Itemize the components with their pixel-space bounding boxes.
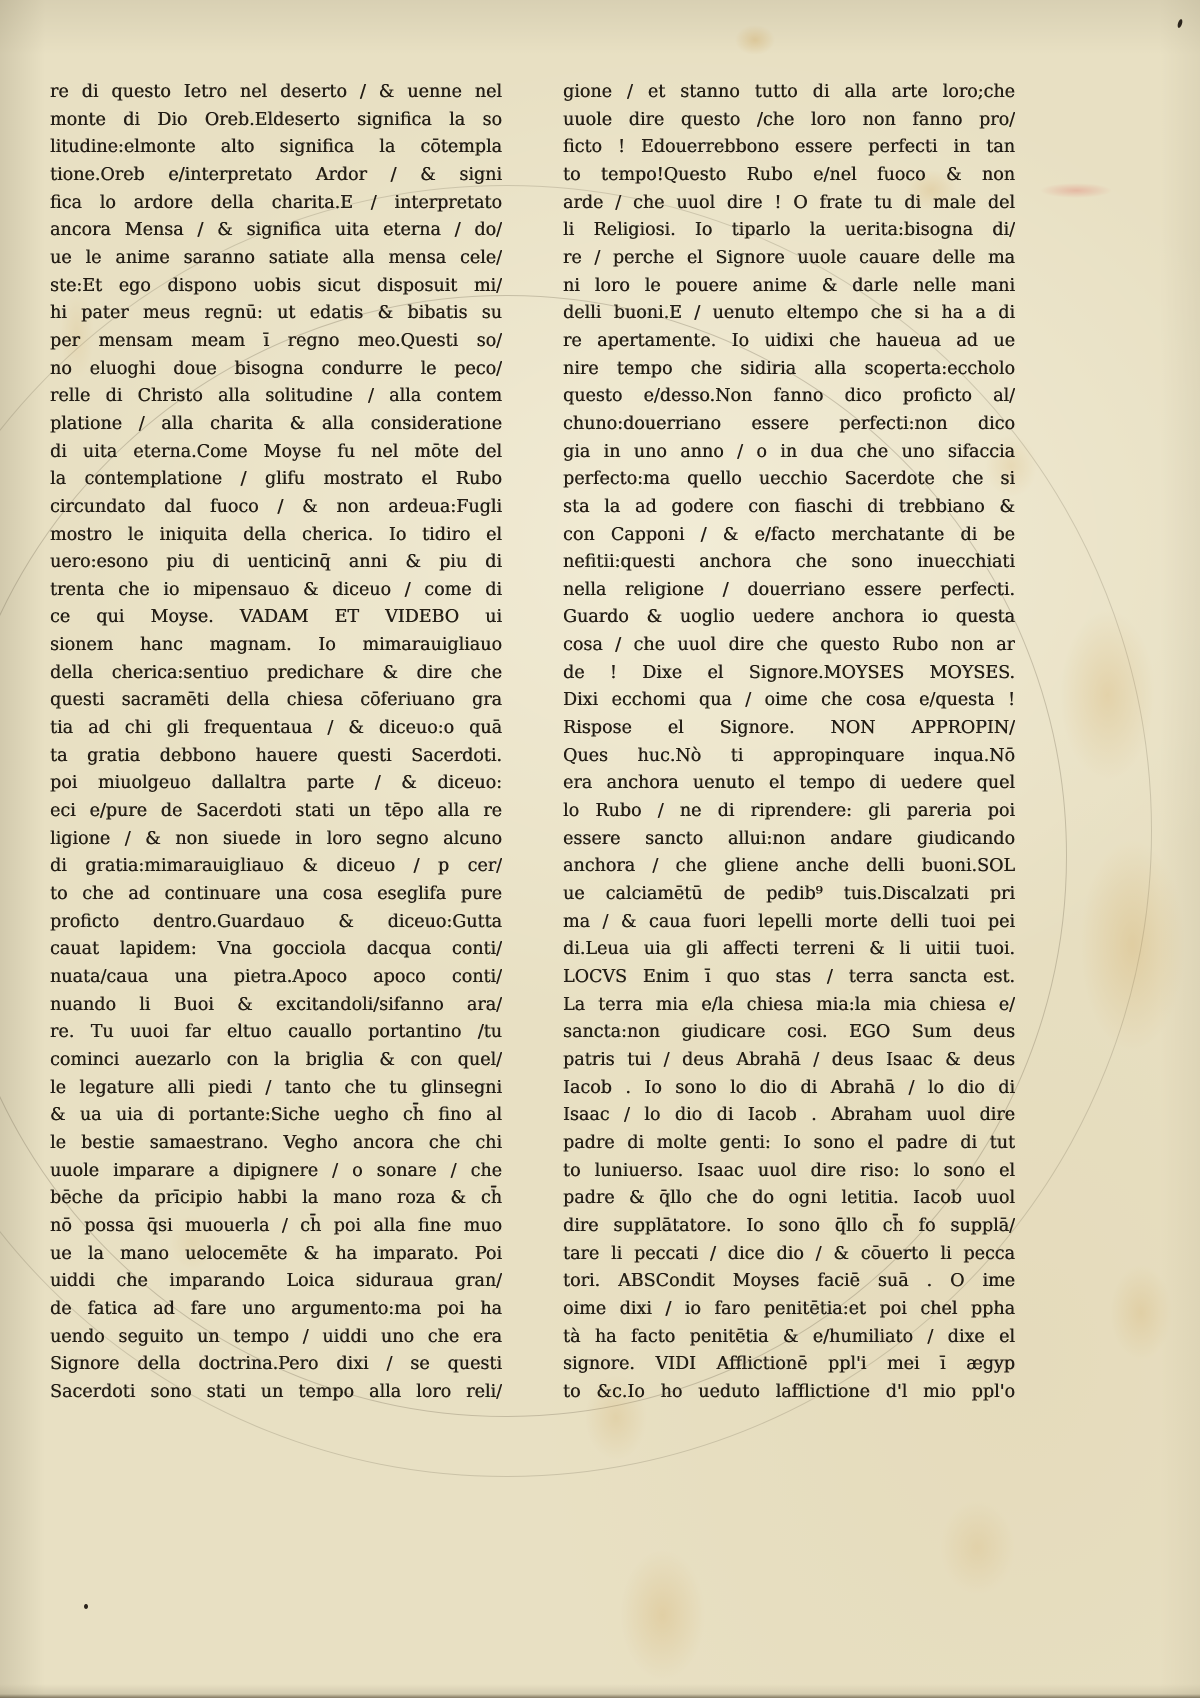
text-line: ue la mano uelocemēte & ha imparato. Poi [50, 1241, 502, 1269]
text-line: ta gratia debbono hauere questi Sacerdot… [50, 743, 502, 771]
text-line: oime dixi / io faro penitētia:et poi che… [563, 1296, 1015, 1324]
text-line: della cherica:sentiuo predichare & dire … [50, 660, 502, 688]
text-line: nire tempo che sidiria alla scoperta:ecc… [563, 356, 1015, 384]
text-line: nō possa q̄si muouerla / ch̄ poi alla fi… [50, 1213, 502, 1241]
text-line: anchora / che gliene anche delli buoni.S… [563, 853, 1015, 881]
text-line: to luniuerso. Isaac uuol dire riso: lo s… [563, 1158, 1015, 1186]
text-line: ste:Et ego dispono uobis sicut disposuit… [50, 273, 502, 301]
text-line: LOCVS Enim ī quo stas / terra sancta est… [563, 964, 1015, 992]
text-line: monte di Dio Oreb.Eldeserto significa la… [50, 107, 502, 135]
text-line: essere sancto allui:non andare giudicand… [563, 826, 1015, 854]
text-line: dire supplātatore. Io sono q̄llo ch̄ fo … [563, 1213, 1015, 1241]
text-line: di gratia:mimarauigliauo & diceuo / p ce… [50, 853, 502, 881]
text-line: gia in uno anno / o in dua che uno sifac… [563, 439, 1015, 467]
text-line: sionem hanc magnam. Io mimarauigliauo [50, 632, 502, 660]
text-column-left: re di questo Ietro nel deserto / & uenne… [50, 79, 502, 1407]
text-line: nella religione / douerriano essere perf… [563, 577, 1015, 605]
text-line: Isaac / lo dio di Iacob . Abraham uuol d… [563, 1102, 1015, 1130]
text-line: de fatica ad fare uno argumento:ma poi h… [50, 1296, 502, 1324]
text-line: nefitii:questi anchora che sono inuecchi… [563, 549, 1015, 577]
text-line: le legature alli piedi / tanto che tu gl… [50, 1075, 502, 1103]
text-line: padre di molte genti: Io sono el padre d… [563, 1130, 1015, 1158]
text-line: era anchora uenuto el tempo di uedere qu… [563, 770, 1015, 798]
text-line: Sacerdoti sono stati un tempo alla loro … [50, 1379, 502, 1407]
text-line: Ques huc.Nò ti appropinquare inqua.Nō [563, 743, 1015, 771]
text-line: no eluoghi doue bisogna condurre le peco… [50, 356, 502, 384]
text-line: Rispose el Signore. NON APPROPIN/ [563, 715, 1015, 743]
text-line: tia ad chi gli frequentaua / & diceuo:o … [50, 715, 502, 743]
text-line: re / perche el Signore uuole cauare dell… [563, 245, 1015, 273]
text-line: mostro le iniquita della cherica. Io tid… [50, 522, 502, 550]
text-line: patris tui / deus Abrahā / deus Isaac & … [563, 1047, 1015, 1075]
text-column-right: gione / et stanno tutto di alla arte lor… [563, 79, 1015, 1407]
foxing-stain [940, 1500, 1015, 1595]
book-page: re di questo Ietro nel deserto / & uenne… [0, 0, 1200, 1698]
text-line: perfecto:ma quello uecchio Sacerdote che… [563, 466, 1015, 494]
text-line: ue le anime saranno satiate alla mensa c… [50, 245, 502, 273]
text-line: li Religiosi. Io tiparlo la uerita:bisog… [563, 217, 1015, 245]
text-line: di.Leua uia gli affecti terreni & li uit… [563, 936, 1015, 964]
red-smudge [1040, 183, 1112, 198]
text-line: re apertamente. Io uidixi che haueua ad … [563, 328, 1015, 356]
text-line: proficto dentro.Guardauo & diceuo:Gutta [50, 909, 502, 937]
text-line: Iacob . Io sono lo dio di Abrahā / lo di… [563, 1075, 1015, 1103]
text-line: uiddi che imparando Loica siduraua gran/ [50, 1268, 502, 1296]
text-line: cominci auezarlo con la briglia & con qu… [50, 1047, 502, 1075]
text-line: uero:esono piu di uenticinq̄ anni & piu … [50, 549, 502, 577]
text-line: di uita eterna.Come Moyse fu nel mōte de… [50, 439, 502, 467]
text-line: eci e/pure de Sacerdoti stati un tēpo al… [50, 798, 502, 826]
text-line: questi sacramēti della chiesa cōferiuano… [50, 687, 502, 715]
text-line: hi pater meus regnū: ut edatis & bibatis… [50, 300, 502, 328]
text-line: sta la ad godere con fiaschi di trebbian… [563, 494, 1015, 522]
text-line: La terra mia e/la chiesa mia:la mia chie… [563, 992, 1015, 1020]
text-line: ma / & caua fuori lepelli morte delli tu… [563, 909, 1015, 937]
text-line: platione / alla charita & alla considera… [50, 411, 502, 439]
text-line: poi miuolgeuo dallaltra parte / & diceuo… [50, 770, 502, 798]
text-line: bēche da prīcipio habbi la mano roza & c… [50, 1185, 502, 1213]
text-line: con Capponi / & e/facto merchatante di b… [563, 522, 1015, 550]
text-line: tione.Oreb e/interpretato Ardor / & sign… [50, 162, 502, 190]
text-line: arde / che uuol dire ! O frate tu di mal… [563, 190, 1015, 218]
foxing-stain [1060, 610, 1155, 780]
foxing-stain [1080, 840, 1185, 1050]
text-line: chuno:douerriano essere perfecti:non dic… [563, 411, 1015, 439]
text-line: nuata/caua una pietra.Apoco apoco conti/ [50, 964, 502, 992]
text-line: le bestie samaestrano. Vegho ancora che … [50, 1130, 502, 1158]
text-line: nuando li Buoi & excitandoli/sifanno ara… [50, 992, 502, 1020]
text-line: trenta che io mipensauo & diceuo / come … [50, 577, 502, 605]
ink-speck [1177, 19, 1184, 29]
text-line: lo Rubo / ne di riprendere: gli pareria … [563, 798, 1015, 826]
text-line: re. Tu uuoi far eltuo cauallo portantino… [50, 1019, 502, 1047]
text-line: uendo seguito un tempo / uiddi uno che e… [50, 1324, 502, 1352]
text-line: de ! Dixe el Signore.MOYSES MOYSES. [563, 660, 1015, 688]
text-line: uuole dire questo /che loro non fanno pr… [563, 107, 1015, 135]
text-line: delli buoni.E / uenuto eltempo che si ha… [563, 300, 1015, 328]
text-line: relle di Christo alla solitudine / alla … [50, 383, 502, 411]
text-line: to &c.Io ho ueduto lafflictione d'l mio … [563, 1379, 1015, 1407]
text-line: sancta:non giudicare cosi. EGO Sum deus [563, 1019, 1015, 1047]
foxing-stain [620, 1550, 705, 1680]
text-line: ce qui Moyse. VADAM ET VIDEBO ui [50, 604, 502, 632]
text-line: litudine:elmonte alto significa la cōtem… [50, 134, 502, 162]
text-line: fica lo ardore della charita.E / interpr… [50, 190, 502, 218]
text-line: ficto ! Edouerrebbono essere perfecti in… [563, 134, 1015, 162]
text-line: gione / et stanno tutto di alla arte lor… [563, 79, 1015, 107]
text-line: Signore della doctrina.Pero dixi / se qu… [50, 1351, 502, 1379]
text-line: signore. VIDI Afflictionē ppl'i mei ī æg… [563, 1351, 1015, 1379]
text-line: uuole imparare a dipignere / o sonare / … [50, 1158, 502, 1186]
foxing-stain [735, 25, 775, 55]
text-line: & ua uia di portante:Siche uegho ch̄ fin… [50, 1102, 502, 1130]
page-bottom-edge [0, 1694, 1200, 1698]
text-line: tare li peccati / dice dio / & cōuerto l… [563, 1241, 1015, 1269]
foxing-stain [1110, 1265, 1172, 1360]
text-line: Dixi ecchomi qua / oime che cosa e/quest… [563, 687, 1015, 715]
text-line: ni loro le pouere anime & darle nelle ma… [563, 273, 1015, 301]
text-line: to che ad continuare una cosa eseglifa p… [50, 881, 502, 909]
text-line: tà ha facto penitētia & e/humiliato / di… [563, 1324, 1015, 1352]
text-line: cosa / che uuol dire che questo Rubo non… [563, 632, 1015, 660]
text-line: to tempo!Questo Rubo e/nel fuoco & non [563, 162, 1015, 190]
text-line: Guardo & uoglio uedere anchora io questa [563, 604, 1015, 632]
text-line: padre & q̄llo che do ogni letitia. Iacob… [563, 1185, 1015, 1213]
text-line: re di questo Ietro nel deserto / & uenne… [50, 79, 502, 107]
text-line: la contemplatione / glifu mostrato el Ru… [50, 466, 502, 494]
text-line: per mensam meam ī regno meo.Questi so/ [50, 328, 502, 356]
text-line: ue calciamētū de pedib⁹ tuis.Discalzati … [563, 881, 1015, 909]
text-line: tori. ABSCondit Moyses faciē suā . O ime [563, 1268, 1015, 1296]
text-line: circundato dal fuoco / & non ardeua:Fugl… [50, 494, 502, 522]
text-line: cauat lapidem: Vna gocciola dacqua conti… [50, 936, 502, 964]
ink-speck [84, 1604, 88, 1609]
text-line: questo e/desso.Non fanno dico proficto a… [563, 383, 1015, 411]
text-line: ancora Mensa / & significa uita eterna /… [50, 217, 502, 245]
text-line: ligione / & non siuede in loro segno alc… [50, 826, 502, 854]
